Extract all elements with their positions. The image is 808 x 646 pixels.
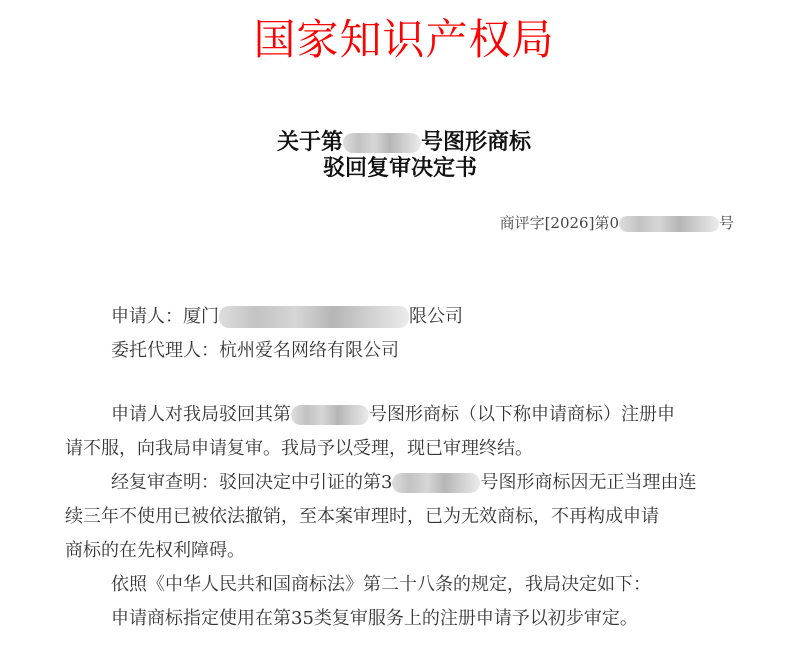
p1-line-1: 申请人对我局驳回其第号图形商标（以下称申请商标）注册申 [111, 398, 731, 432]
p1-line-2: 请不服，向我局申请复审。我局予以受理，现已审理终结。 [65, 432, 731, 466]
p1-suffix: 号图形商标（以下称申请商标）注册申 [369, 404, 675, 425]
agent-name: 杭州爱名网络有限公司 [219, 340, 399, 361]
paragraph-legal-basis: 依照《中华人民共和国商标法》第二十八条的规定，我局决定如下： [111, 568, 731, 602]
redacted-application-number [291, 405, 369, 425]
doc-number-suffix: 号 [719, 214, 734, 232]
applicant-label: 申请人： [111, 306, 183, 327]
p2-suffix: 号图形商标因无正当理由连 [480, 472, 696, 493]
title-suffix: 号图形商标 [421, 130, 531, 155]
redacted-trademark-number [343, 133, 421, 153]
p2-line-2: 续三年不使用已被依法撤销，至本案审理时，已为无效商标，不再构成申请 [65, 500, 731, 534]
applicant-row: 申请人：厦门限公司 [111, 300, 463, 334]
redacted-doc-number [619, 216, 719, 232]
p4-line: 申请商标指定使用在第35类复审服务上的注册申请予以初步审定。 [111, 602, 731, 636]
doc-number-prefix: 商评字[2026]第0 [500, 214, 619, 232]
paragraph-decision: 申请商标指定使用在第35类复审服务上的注册申请予以初步审定。 [111, 602, 731, 636]
agent-label: 委托代理人： [111, 340, 219, 361]
applicant-name-prefix: 厦门 [183, 306, 219, 327]
p3-line: 依照《中华人民共和国商标法》第二十八条的规定，我局决定如下： [111, 568, 731, 602]
p2-line-3: 商标的在先权利障碍。 [65, 534, 731, 568]
agent-row: 委托代理人：杭州爱名网络有限公司 [111, 334, 463, 368]
title-line-2: 驳回复审决定书 [0, 156, 808, 182]
redacted-applicant-name [219, 306, 409, 328]
redacted-cited-number [392, 473, 480, 493]
document-number: 商评字[2026]第0号 [500, 212, 734, 234]
title-prefix: 关于第 [277, 130, 343, 155]
decision-body: 申请人对我局驳回其第号图形商标（以下称申请商标）注册申 请不服，向我局申请复审。… [111, 398, 731, 636]
p2-line-1: 经复审查明：驳回决定中引证的第3号图形商标因无正当理由连 [111, 466, 731, 500]
applicant-name-suffix: 限公司 [409, 306, 463, 327]
p2-prefix: 经复审查明：驳回决定中引证的第3 [111, 472, 392, 493]
document-title: 关于第号图形商标 驳回复审决定书 [0, 130, 808, 182]
parties-section: 申请人：厦门限公司 委托代理人：杭州爱名网络有限公司 [111, 300, 463, 368]
title-line-1: 关于第号图形商标 [0, 130, 808, 156]
agency-header: 国家知识产权局 [0, 14, 808, 66]
paragraph-application: 申请人对我局驳回其第号图形商标（以下称申请商标）注册申 请不服，向我局申请复审。… [111, 398, 731, 466]
p1-prefix: 申请人对我局驳回其第 [111, 404, 291, 425]
paragraph-findings: 经复审查明：驳回决定中引证的第3号图形商标因无正当理由连 续三年不使用已被依法撤… [111, 466, 731, 568]
